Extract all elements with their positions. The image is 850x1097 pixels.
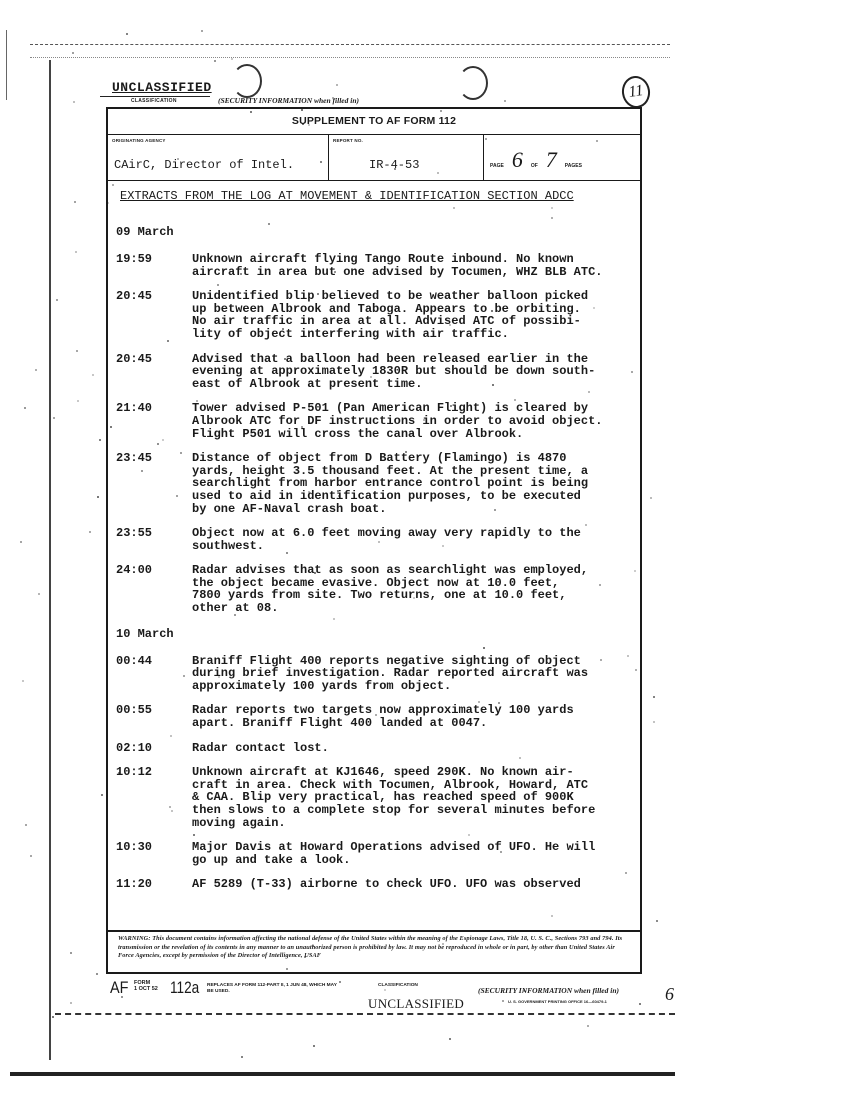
log-entry: 20:45Advised that a balloon had been rel… xyxy=(116,353,632,391)
form-date-value: 1 OCT 52 xyxy=(134,986,158,992)
page-cell: PAGE 6 OF 7 PAGES xyxy=(483,135,640,180)
log-entry: 00:44Braniff Flight 400 reports negative… xyxy=(116,655,632,693)
report-no-label: REPORT NO. xyxy=(333,138,363,143)
form-number: 112a xyxy=(170,978,199,998)
log-entry: 02:10Radar contact lost. xyxy=(116,742,632,755)
handwritten-page-number: 6 xyxy=(665,984,674,1005)
log-text: Radar advises that as soon as searchligh… xyxy=(192,564,632,614)
log-time: 10:30 xyxy=(116,841,192,866)
scan-artifact-line xyxy=(30,44,670,45)
log-body: EXTRACTS FROM THE LOG AT MOVEMENT & IDEN… xyxy=(116,189,632,891)
log-text: Object now at 6.0 feet moving away very … xyxy=(192,527,632,552)
total-pages: 7 xyxy=(546,147,557,173)
log-entry: 10:12Unknown aircraft at KJ1646, speed 2… xyxy=(116,766,632,829)
log-text: Radar reports two targets now approximat… xyxy=(192,704,632,729)
log-text: AF 5289 (T-33) airborne to check UFO. UF… xyxy=(192,878,632,891)
scan-artifact-line xyxy=(55,1013,675,1015)
warning-notice: WARNING: This document contains informat… xyxy=(108,930,640,972)
page-marker-circle: 11 xyxy=(620,74,652,110)
log-time: 00:44 xyxy=(116,655,192,693)
footer-classification: UNCLASSIFIED xyxy=(368,996,464,1012)
log-entry: 20:45Unidentified blip believed to be we… xyxy=(116,290,632,340)
scan-artifact-edge xyxy=(6,30,7,100)
log-text: Distance of object from D Battery (Flami… xyxy=(192,452,632,515)
section-title: EXTRACTS FROM THE LOG AT MOVEMENT & IDEN… xyxy=(120,189,632,203)
log-entry: 11:20AF 5289 (T-33) airborne to check UF… xyxy=(116,878,632,891)
log-date: 10 March xyxy=(116,627,632,641)
security-info-top: (SECURITY INFORMATION when filled in) xyxy=(218,96,359,105)
log-time: 11:20 xyxy=(116,878,192,891)
log-time: 21:40 xyxy=(116,402,192,440)
log-text: Radar contact lost. xyxy=(192,742,632,755)
log-days: 09 March19:59Unknown aircraft flying Tan… xyxy=(116,225,632,891)
gpo-imprint: U. S. GOVERNMENT PRINTING OFFICE 16—6047… xyxy=(508,999,607,1004)
pages-label: PAGES xyxy=(565,163,582,169)
report-no-value: IR-4-53 xyxy=(369,158,419,172)
form-frame: SUPPLEMENT TO AF FORM 112 ORIGINATING AG… xyxy=(106,107,642,974)
log-text: Unknown aircraft flying Tango Route inbo… xyxy=(192,253,632,278)
log-entry: 23:45Distance of object from D Battery (… xyxy=(116,452,632,515)
log-text: Tower advised P-501 (Pan American Flight… xyxy=(192,402,632,440)
footer-classification-caption: CLASSIFICATION xyxy=(378,983,418,988)
log-time: 19:59 xyxy=(116,253,192,278)
log-date: 09 March xyxy=(116,225,632,239)
log-text: Braniff Flight 400 reports negative sigh… xyxy=(192,655,632,693)
log-time: 23:45 xyxy=(116,452,192,515)
report-no-cell: REPORT NO. IR-4-53 xyxy=(328,135,484,180)
log-entry: 23:55Object now at 6.0 feet moving away … xyxy=(116,527,632,552)
log-entry: 21:40Tower advised P-501 (Pan American F… xyxy=(116,402,632,440)
log-text: Advised that a balloon had been released… xyxy=(192,353,632,391)
log-time: 23:55 xyxy=(116,527,192,552)
log-time: 24:00 xyxy=(116,564,192,614)
punch-hole-mark xyxy=(458,66,488,100)
log-time: 02:10 xyxy=(116,742,192,755)
form-header-row: ORIGINATING AGENCY CAirC, Director of In… xyxy=(108,134,640,181)
of-label: OF xyxy=(531,163,538,169)
classification-caption: CLASSIFICATION xyxy=(131,98,177,104)
form-prefix: AF xyxy=(110,978,128,998)
log-time: 20:45 xyxy=(116,353,192,391)
originating-agency-value: CAirC, Director of Intel. xyxy=(114,158,294,172)
footer-security-info: (SECURITY INFORMATION when filled in) xyxy=(478,986,619,995)
log-text: Unidentified blip believed to be weather… xyxy=(192,290,632,340)
log-time: 20:45 xyxy=(116,290,192,340)
punch-hole-mark xyxy=(232,64,262,98)
form-title: SUPPLEMENT TO AF FORM 112 xyxy=(108,115,640,127)
originating-agency-label: ORIGINATING AGENCY xyxy=(112,138,166,143)
log-entry: 00:55Radar reports two targets now appro… xyxy=(116,704,632,729)
classification-underline xyxy=(100,96,210,97)
log-entry: 10:30Major Davis at Howard Operations ad… xyxy=(116,841,632,866)
scan-artifact-line xyxy=(30,57,670,58)
scan-artifact-bar xyxy=(10,1072,675,1076)
log-text: Unknown aircraft at KJ1646, speed 290K. … xyxy=(192,766,632,829)
page-marker: 11 xyxy=(627,82,644,102)
log-time: 10:12 xyxy=(116,766,192,829)
log-time: 00:55 xyxy=(116,704,192,729)
form-date: FORM 1 OCT 52 xyxy=(134,980,158,992)
log-entry: 19:59Unknown aircraft flying Tango Route… xyxy=(116,253,632,278)
log-text: Major Davis at Howard Operations advised… xyxy=(192,841,632,866)
page-label: PAGE xyxy=(490,163,504,169)
originating-agency-cell: ORIGINATING AGENCY CAirC, Director of In… xyxy=(108,135,328,180)
page-number: 6 xyxy=(512,147,523,173)
replaces-note: REPLACES AF FORM 112-PART II, 1 JUN 48, … xyxy=(207,983,337,994)
log-entry: 24:00Radar advises that as soon as searc… xyxy=(116,564,632,614)
classification-top: UNCLASSIFIED xyxy=(112,80,212,95)
scan-artifact-edge xyxy=(49,60,51,1060)
